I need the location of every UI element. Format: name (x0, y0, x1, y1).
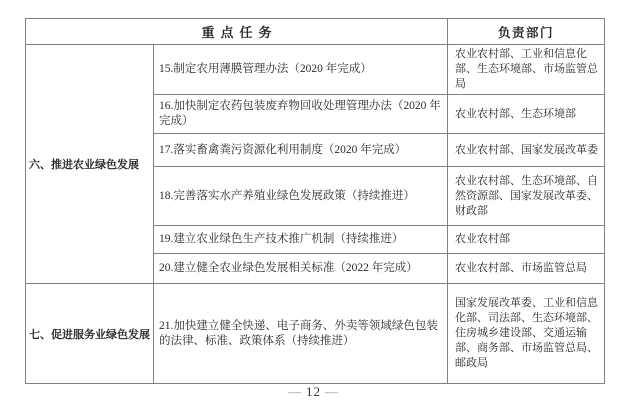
task-cell: 16.加快制定农药包装废弃物回收处理管理办法（2020 年完成） (154, 95, 448, 134)
table-row: 七、促进服务业绿色发展 21.加快建立健全快递、电子商务、外卖等领域绿色包装的法… (26, 284, 605, 384)
document-page: 重点任务 负责部门 六、推进农业绿色发展 15.制定农用薄膜管理办法（2020 … (0, 0, 627, 405)
task-cell: 21.加快建立健全快递、电子商务、外卖等领域绿色包装的法律、标准、政策体系（持续… (154, 284, 448, 384)
department-cell: 国家发展改革委、工业和信息化部、司法部、生态环境部、住房城乡建设部、交通运输部、… (448, 284, 605, 384)
header-tasks: 重点任务 (26, 19, 448, 45)
key-tasks-table: 重点任务 负责部门 六、推进农业绿色发展 15.制定农用薄膜管理办法（2020 … (25, 18, 605, 384)
department-cell: 农业农村部、生态环境部、自然资源部、国家发展改革委、财政部 (448, 167, 605, 226)
department-cell: 农业农村部 (448, 226, 605, 254)
task-cell: 17.落实畜禽粪污资源化利用制度（2020 年完成） (154, 134, 448, 167)
department-cell: 农业农村部、生态环境部 (448, 95, 605, 134)
table-row: 六、推进农业绿色发展 15.制定农用薄膜管理办法（2020 年完成） 农业农村部… (26, 45, 605, 95)
department-cell: 农业农村部、工业和信息化部、生态环境部、市场监管总局 (448, 45, 605, 95)
section-label-seven: 七、促进服务业绿色发展 (26, 284, 154, 384)
table-header-row: 重点任务 负责部门 (26, 19, 605, 45)
department-cell: 农业农村部、市场监管总局 (448, 254, 605, 284)
department-cell: 农业农村部、国家发展改革委 (448, 134, 605, 167)
task-cell: 20.建立健全农业绿色发展相关标准（2022 年完成） (154, 254, 448, 284)
task-cell: 19.建立农业绿色生产技术推广机制（持续推进） (154, 226, 448, 254)
page-number-left-dash: — (288, 384, 302, 399)
section-label-six: 六、推进农业绿色发展 (26, 45, 154, 284)
page-number: —12— (0, 384, 627, 400)
task-cell: 15.制定农用薄膜管理办法（2020 年完成） (154, 45, 448, 95)
page-number-value: 12 (302, 384, 325, 399)
task-cell: 18.完善落实水产养殖业绿色发展政策（持续推进） (154, 167, 448, 226)
page-number-right-dash: — (325, 384, 339, 399)
header-departments: 负责部门 (448, 19, 605, 45)
